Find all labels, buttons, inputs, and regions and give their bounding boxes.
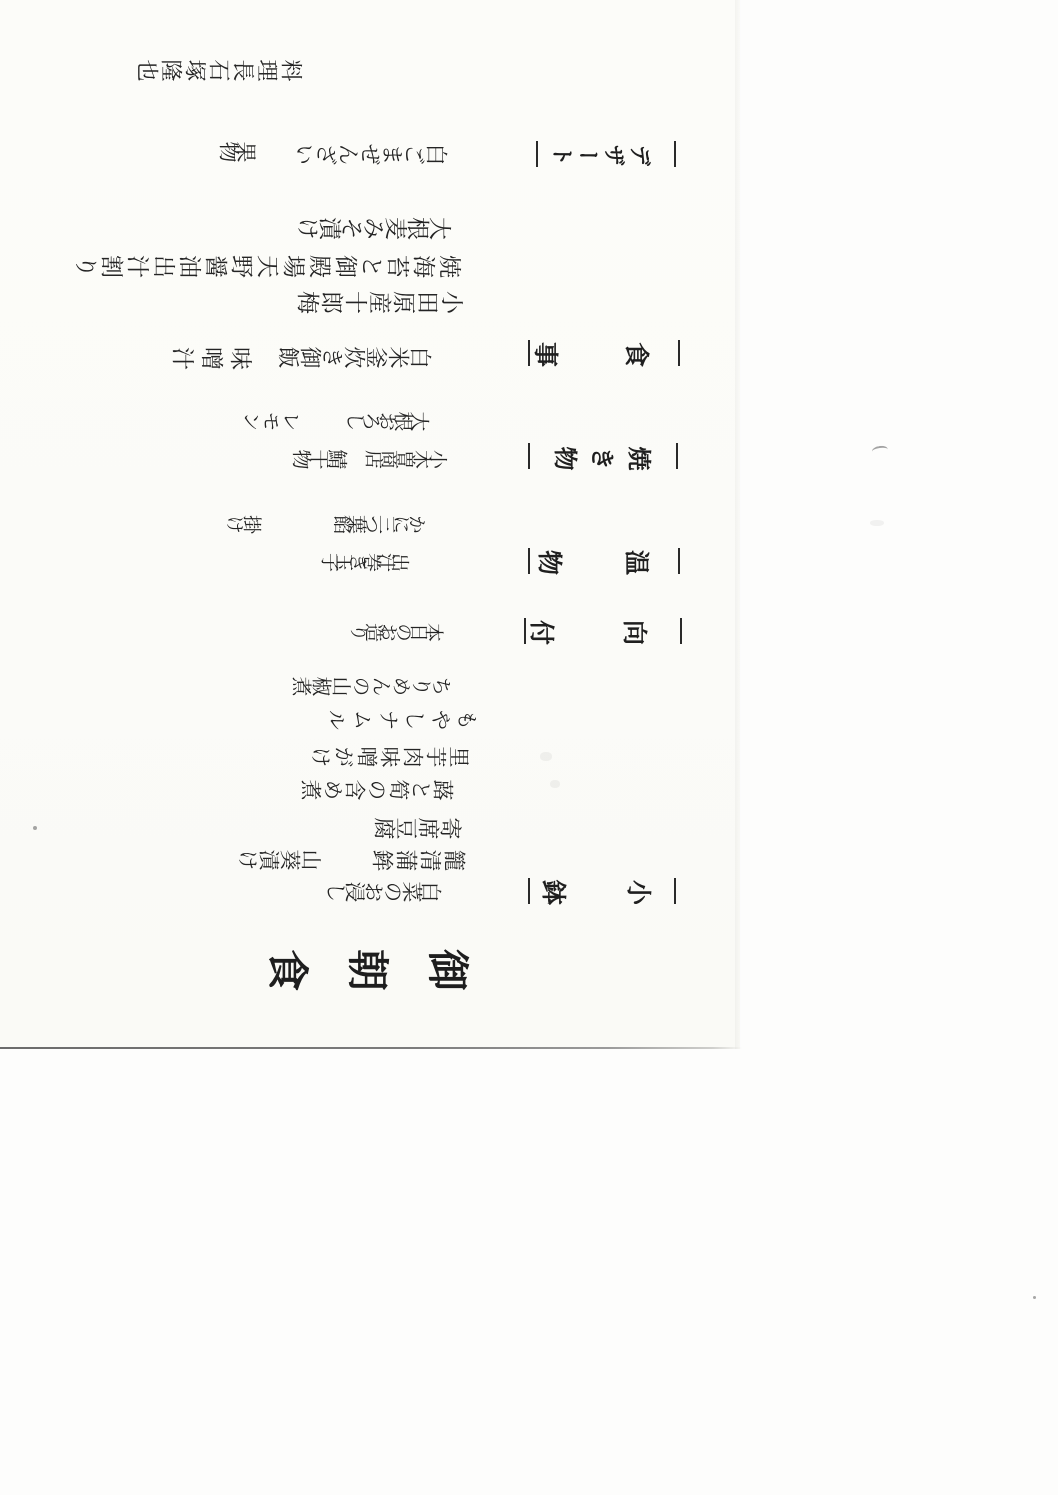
scan-artifact <box>550 780 560 788</box>
header-rule <box>536 141 538 167</box>
section-header-atsumono: 温物 <box>528 547 680 575</box>
menu-item: 焼海苔と御殿場天野醤油出汁割り <box>72 252 462 275</box>
scan-artifact <box>33 826 37 830</box>
menu-item: レモン <box>242 410 302 430</box>
header-rule <box>676 443 678 469</box>
header-rule <box>528 548 530 574</box>
section-header-label: 温物 <box>476 549 650 574</box>
section-header-shokuji: 食事 <box>528 339 680 367</box>
menu-item: ちりめんの山椒煮 <box>292 675 452 695</box>
section-header-label: 食事 <box>468 341 650 366</box>
header-rule <box>674 878 676 904</box>
menu-item: 本日のお造り <box>354 621 444 640</box>
menu-item: 大根麦みそ漬け <box>298 214 452 237</box>
scan-artifact <box>540 752 552 761</box>
header-rule <box>528 340 530 366</box>
paper-bottom-edge-line <box>0 1047 742 1049</box>
scanned-menu-page: 御朝食 小鉢 白菜のお浸し 籠清蒲鉾 山葵漬け 寄席豆腐 蕗と筍の含め煮 里芋肉… <box>0 0 1058 1495</box>
menu-item: もやしナムル <box>322 708 478 729</box>
scan-artifact <box>870 520 884 526</box>
chef-given-name: 隆也 <box>135 56 183 81</box>
section-header-mukozuke: 向付 <box>524 617 682 645</box>
scan-artifact <box>871 445 888 456</box>
header-rule <box>524 618 526 644</box>
header-rule <box>678 548 680 574</box>
chef-family-name: 石塚 <box>183 56 231 81</box>
menu-item: 小田原産十郎梅 <box>296 288 464 311</box>
section-header-label: デザート <box>548 143 652 165</box>
menu-item: 出汁巻き玉子 <box>326 551 410 570</box>
menu-item: 鯖干物 <box>294 448 348 468</box>
section-header-label: 焼き物 <box>541 444 652 468</box>
section-header-yakimono: 焼き物 <box>528 442 678 470</box>
menu-item: 寄席豆腐 <box>374 815 462 837</box>
menu-item: 味噌汁 <box>166 344 253 367</box>
scan-artifact <box>1033 1296 1036 1299</box>
section-header-dessert: デザート <box>536 140 676 168</box>
menu-item: 掛け <box>228 513 262 532</box>
section-header-label: 向付 <box>462 619 648 644</box>
menu-item: 白米釜炊き御飯 <box>278 344 432 366</box>
menu-item: 山葵漬け <box>238 848 322 869</box>
chef-role: 料理長 <box>231 56 303 81</box>
section-header-kobachi: 小鉢 <box>528 877 676 905</box>
menu-item: 大根おろし <box>350 410 430 430</box>
menu-item: 白菜のお浸し <box>328 880 442 901</box>
header-rule <box>678 340 680 366</box>
menu-item: 果物 <box>223 140 257 161</box>
header-rule <box>528 878 530 904</box>
menu-content-rotated: 御朝食 小鉢 白菜のお浸し 籠清蒲鉾 山葵漬け 寄席豆腐 蕗と筍の含め煮 里芋肉… <box>0 0 740 1050</box>
menu-item: 白ごまぜんざい <box>294 141 448 163</box>
menu-item: 小木曽商店 <box>368 448 448 467</box>
header-rule <box>680 618 682 644</box>
header-rule <box>674 141 676 167</box>
menu-item: 里芋肉味噌がけ <box>309 745 470 766</box>
menu-item: 籠清蒲鉾 <box>370 847 466 869</box>
chef-signature: 料理長石塚隆也 <box>135 57 303 79</box>
menu-item: かに三つ葉餡 <box>337 513 427 532</box>
menu-item: 蕗と筍の含め煮 <box>300 778 454 799</box>
header-rule <box>528 443 530 469</box>
section-header-label: 小鉢 <box>482 879 652 904</box>
menu-title: 御朝食 <box>230 946 470 988</box>
